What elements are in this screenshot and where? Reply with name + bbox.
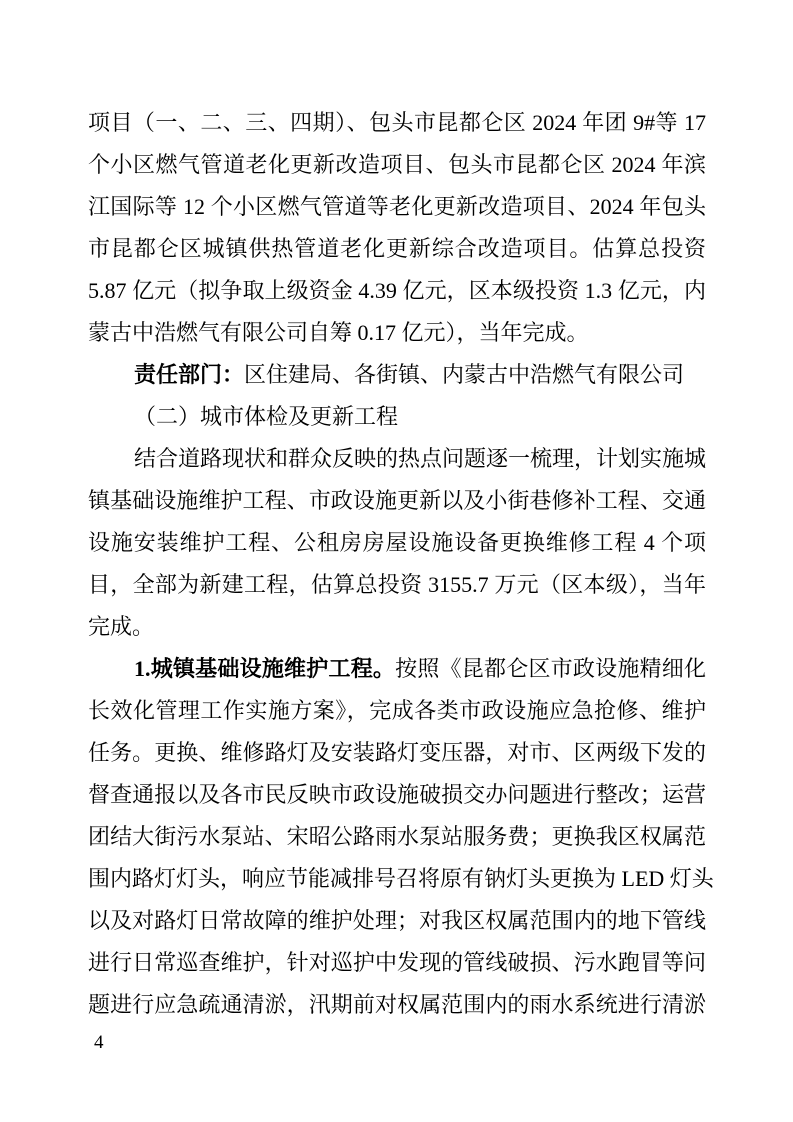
text-line: 个小区燃气管道老化更新改造项目、包头市昆都仑区 2024 年滨	[88, 144, 706, 186]
text-run: 蒙古中浩燃气有限公司自筹 0.17 亿元），当年完成。	[88, 320, 589, 345]
text-line: 任务。更换、维修路灯及安装路灯变压器，对市、区两级下发的	[88, 732, 706, 774]
text-line: 结合道路现状和群众反映的热点问题逐一梳理，计划实施城	[88, 438, 706, 480]
text-line: 题进行应急疏通清淤，汛期前对权属范围内的雨水系统进行清淤	[88, 984, 706, 1026]
text-run: 题进行应急疏通清淤，汛期前对权属范围内的雨水系统进行清淤	[88, 992, 706, 1017]
text-run: 市昆都仑区城镇供热管道老化更新综合改造项目。估算总投资	[88, 236, 706, 261]
text-line: 江国际等 12 个小区燃气管道等老化更新改造项目、2024 年包头	[88, 186, 706, 228]
text-line: 市昆都仑区城镇供热管道老化更新综合改造项目。估算总投资	[88, 228, 706, 270]
text-line: 进行日常巡查维护，针对巡护中发现的管线破损、污水跑冒等问	[88, 942, 706, 984]
bold-text-run: 1.城镇基础设施维护工程。	[134, 656, 395, 681]
text-run: 进行日常巡查维护，针对巡护中发现的管线破损、污水跑冒等问	[88, 950, 706, 975]
text-line: 目，全部为新建工程，估算总投资 3155.7 万元（区本级），当年	[88, 564, 706, 606]
text-run: 督查通报以及各市民反映市政设施破损交办问题进行整改；运营	[88, 782, 706, 807]
text-line: 以及对路灯日常故障的维护处理；对我区权属范围内的地下管线	[88, 900, 706, 942]
text-line: 督查通报以及各市民反映市政设施破损交办问题进行整改；运营	[88, 774, 706, 816]
text-run: 长效化管理工作实施方案》，完成各类市政设施应急抢修、维护	[88, 698, 706, 723]
text-run: 区住建局、各街镇、内蒙古中浩燃气有限公司	[244, 362, 684, 387]
text-line: 镇基础设施维护工程、市政设施更新以及小街巷修补工程、交通	[88, 480, 706, 522]
document-body: 项目（一、二、三、四期）、包头市昆都仑区 2024 年团 9#等 17个小区燃气…	[88, 102, 706, 1026]
document-page: 项目（一、二、三、四期）、包头市昆都仑区 2024 年团 9#等 17个小区燃气…	[0, 0, 793, 1122]
text-line: 蒙古中浩燃气有限公司自筹 0.17 亿元），当年完成。	[88, 312, 706, 354]
text-line: 团结大街污水泵站、宋昭公路雨水泵站服务费；更换我区权属范	[88, 816, 706, 858]
text-run: 按照《昆都仑区市政设施精细化	[395, 656, 706, 681]
text-run: 任务。更换、维修路灯及安装路灯变压器，对市、区两级下发的	[88, 740, 706, 765]
text-line: 围内路灯灯头，响应节能减排号召将原有钠灯头更换为 LED 灯头	[88, 858, 706, 900]
text-run: 镇基础设施维护工程、市政设施更新以及小街巷修补工程、交通	[88, 488, 706, 513]
text-run: 项目（一、二、三、四期）、包头市昆都仑区 2024 年团 9#等 17	[88, 110, 706, 135]
text-run: 个小区燃气管道老化更新改造项目、包头市昆都仑区 2024 年滨	[88, 152, 706, 177]
text-run: 5.87 亿元（拟争取上级资金 4.39 亿元，区本级投资 1.3 亿元，内	[88, 278, 706, 303]
text-run: 目，全部为新建工程，估算总投资 3155.7 万元（区本级），当年	[88, 572, 706, 597]
text-run: （二）城市体检及更新工程	[134, 404, 398, 429]
text-line: 责任部门：区住建局、各街镇、内蒙古中浩燃气有限公司	[88, 354, 706, 396]
text-line: 完成。	[88, 606, 706, 648]
text-line: 项目（一、二、三、四期）、包头市昆都仑区 2024 年团 9#等 17	[88, 102, 706, 144]
text-line: 5.87 亿元（拟争取上级资金 4.39 亿元，区本级投资 1.3 亿元，内	[88, 270, 706, 312]
text-line: （二）城市体检及更新工程	[88, 396, 706, 438]
text-run: 团结大街污水泵站、宋昭公路雨水泵站服务费；更换我区权属范	[88, 824, 706, 849]
text-line: 长效化管理工作实施方案》，完成各类市政设施应急抢修、维护	[88, 690, 706, 732]
text-line: 1.城镇基础设施维护工程。按照《昆都仑区市政设施精细化	[88, 648, 706, 690]
text-run: 设施安装维护工程、公租房房屋设施设备更换维修工程 4 个项	[88, 530, 706, 555]
text-run: 以及对路灯日常故障的维护处理；对我区权属范围内的地下管线	[88, 908, 706, 933]
page-number: 4	[94, 1029, 104, 1057]
text-line: 设施安装维护工程、公租房房屋设施设备更换维修工程 4 个项	[88, 522, 706, 564]
bold-text-run: 责任部门：	[134, 362, 244, 387]
text-run: 江国际等 12 个小区燃气管道等老化更新改造项目、2024 年包头	[88, 194, 706, 219]
text-run: 完成。	[88, 614, 154, 639]
text-run: 围内路灯灯头，响应节能减排号召将原有钠灯头更换为 LED 灯头	[88, 866, 714, 891]
text-run: 结合道路现状和群众反映的热点问题逐一梳理，计划实施城	[134, 446, 706, 471]
